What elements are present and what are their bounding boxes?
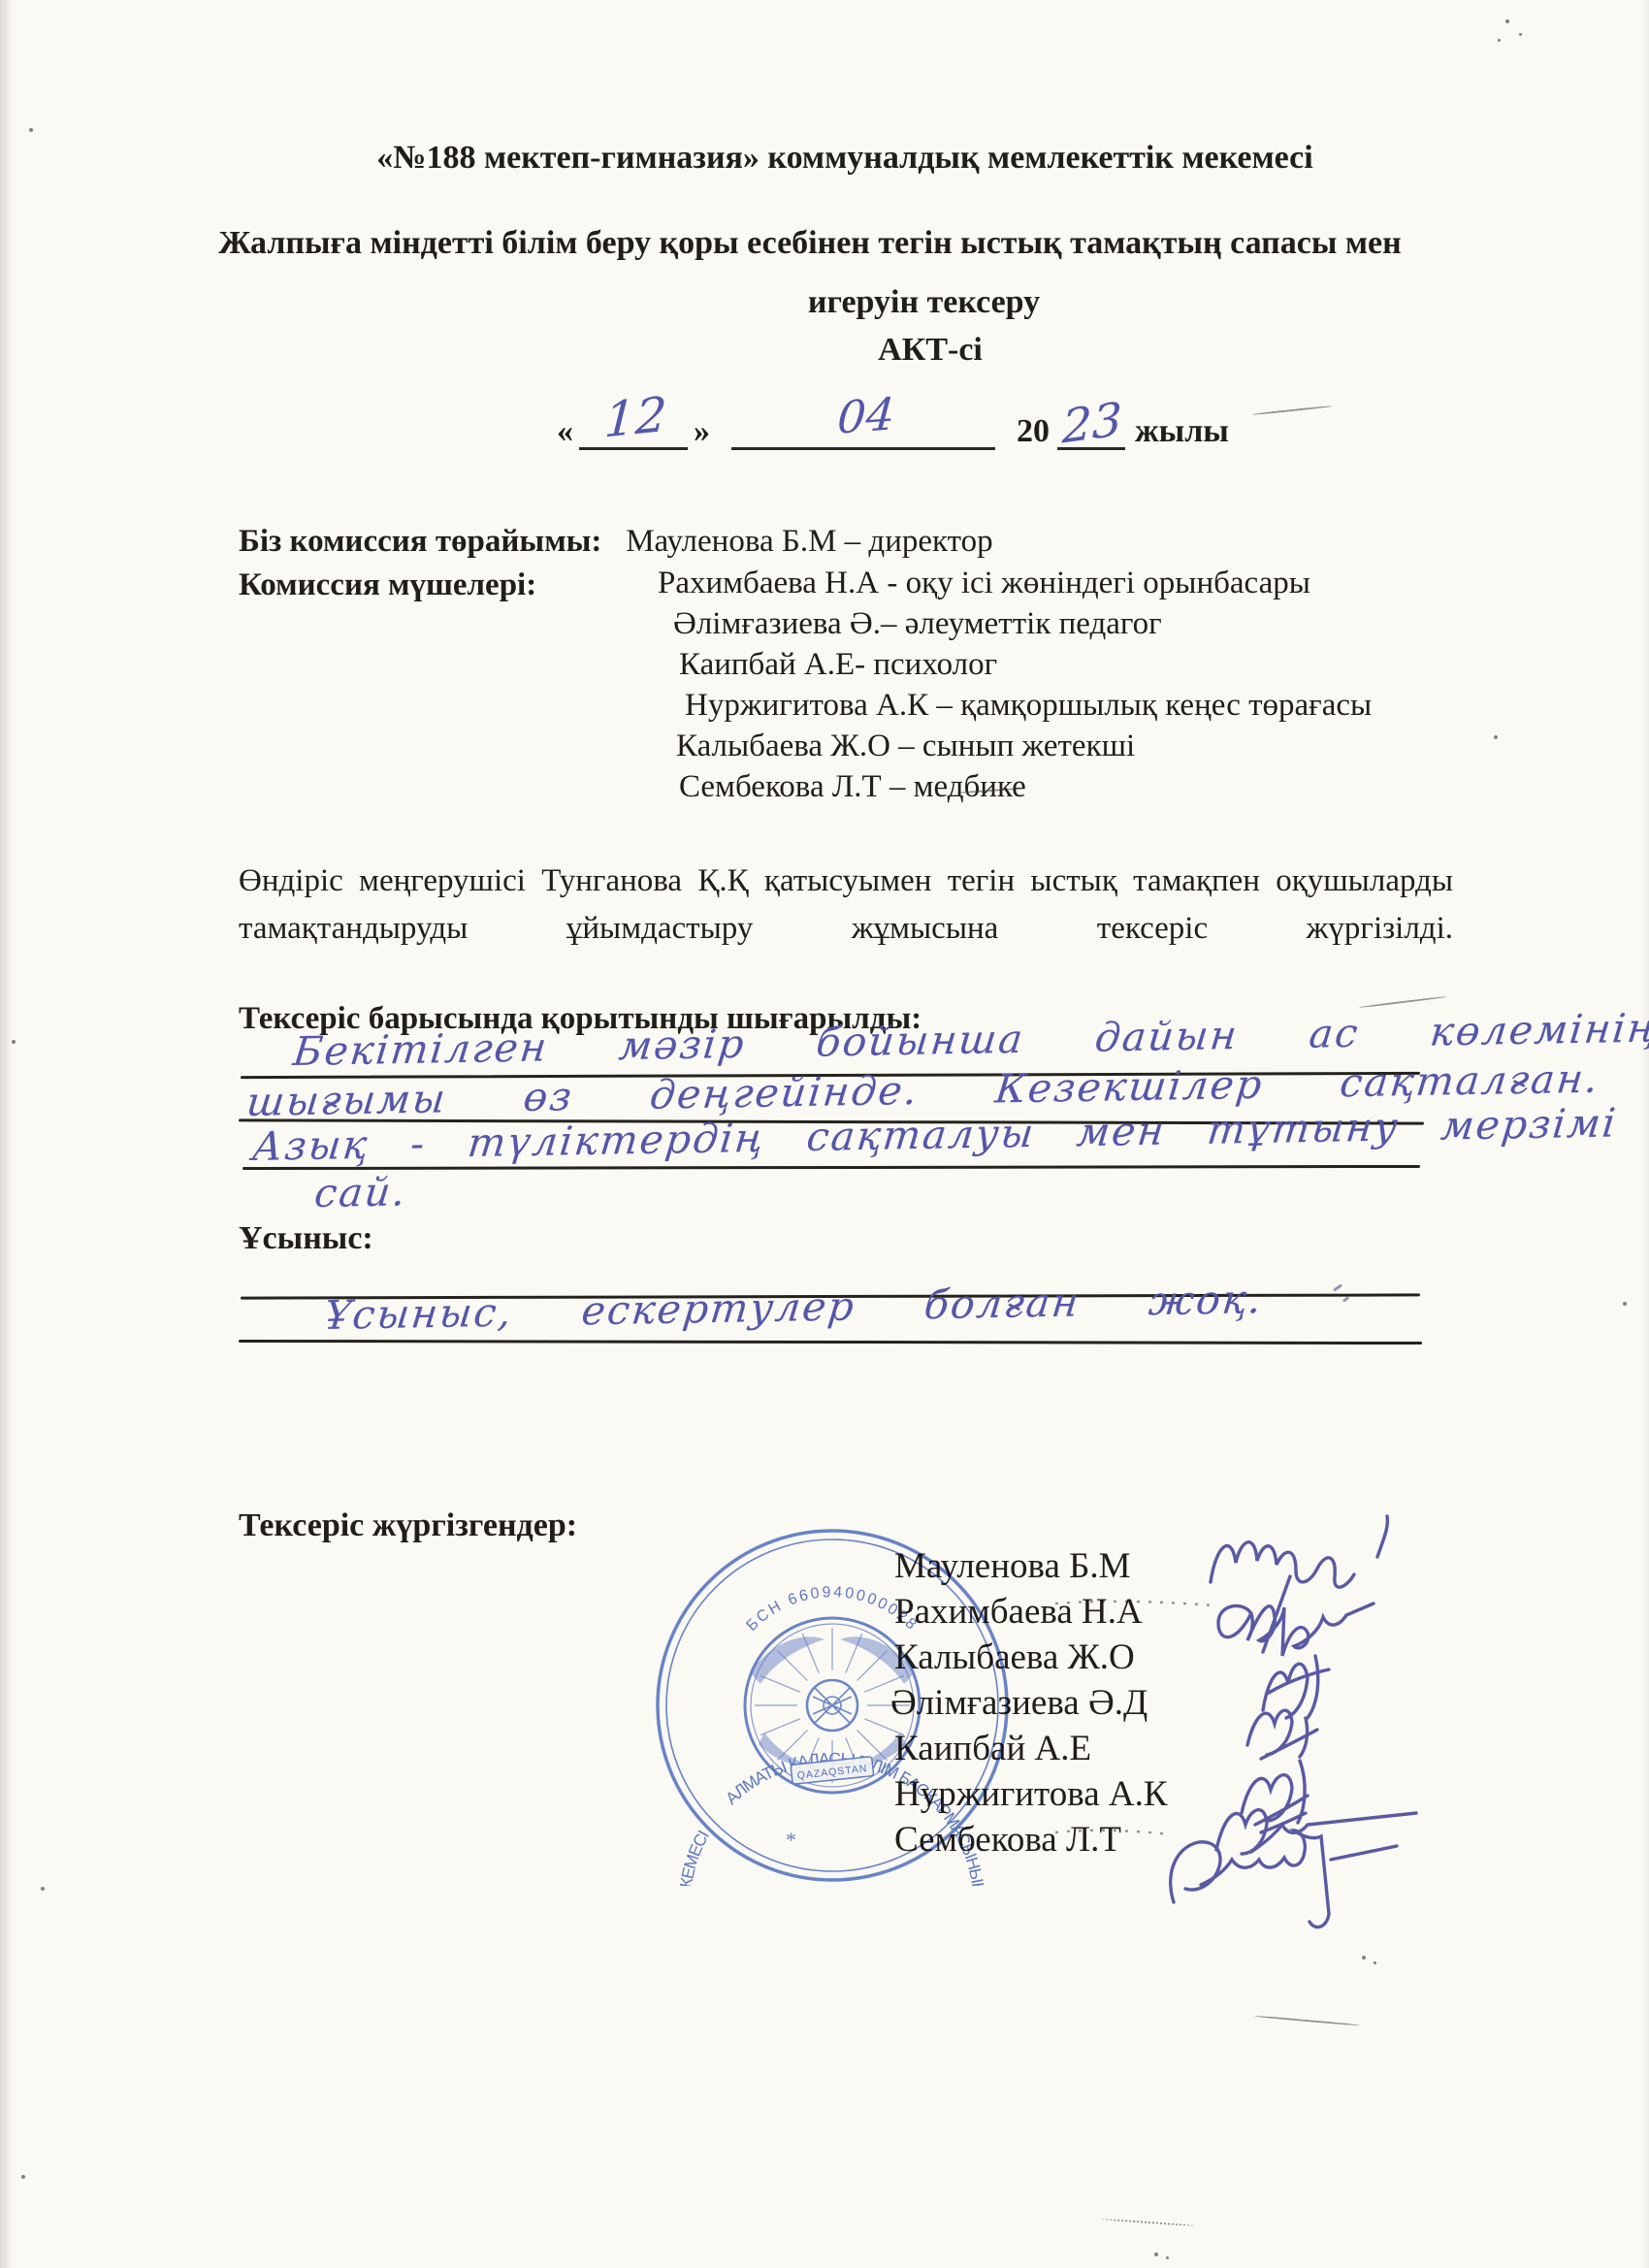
member-line: Калыбаева Ж.О – сынып жетекші [676, 729, 1135, 764]
seal-bin-text: БСН 660940000028 [744, 1584, 921, 1635]
member-line: Сембекова Л.Т – медбике [679, 769, 1026, 805]
scan-artifact [1374, 1961, 1376, 1964]
date-close-quote: » [694, 413, 710, 450]
scanned-act-document: «№188 мектеп-гимназия» коммуналдық мемле… [0, 0, 1649, 2268]
handwritten-year: 23 [1057, 392, 1127, 455]
signatures-svg [1009, 1499, 1465, 1945]
signature-maulenova [1211, 1516, 1387, 1587]
scan-artifact [1253, 2015, 1360, 2026]
scan-artifact [1362, 1956, 1366, 1960]
pen-dotted-trail [1055, 1831, 1170, 1834]
handwritten-month: 04 [731, 380, 1001, 451]
date-line: « 12 » 04 20 23 жылы [557, 396, 1229, 450]
date-century: 20 [1017, 413, 1050, 450]
signature-kaipbay [1242, 1761, 1308, 1832]
date-year-field: 23 [1057, 447, 1125, 450]
member-line: Әлімғазиева Ә.– әлеуметтік педагог [673, 606, 1162, 642]
seal-separator-star: * [786, 1828, 796, 1852]
date-day-field: 12 [579, 447, 688, 450]
suggestion-label: Ұсыныс: [239, 1218, 373, 1260]
scan-artifact [21, 2175, 25, 2179]
seal-svg: АЛМАТЫ ҚАЛАСЫ БІЛІМ БАСҚАРМАСЫНЫҢ «№188 … [652, 1525, 1013, 1886]
scan-artifact [1154, 2252, 1158, 2256]
date-month-field: 04 [731, 447, 995, 450]
date-open-quote: « [557, 413, 573, 450]
scan-artifact [1498, 39, 1501, 42]
chair-label: Біз комиссия төрайымы: [239, 524, 601, 559]
pen-dotted-trail [1055, 1602, 1214, 1605]
date-suffix: жылы [1135, 413, 1229, 450]
body-paragraph: Өндіріс меңгерушісі Тунганова Қ.Қ қатысу… [239, 858, 1453, 953]
signature-kalybaeva [1263, 1656, 1329, 1718]
scan-artifact [12, 1040, 16, 1044]
scan-artifact [41, 1887, 45, 1891]
scan-artifact [1494, 735, 1498, 739]
scan-artifact [29, 128, 33, 132]
scan-artifact [1166, 2256, 1169, 2259]
signature-sembekova [1171, 1831, 1397, 1928]
chair-line: Біз комиссия төрайымы: Мауленова Б.М – д… [239, 522, 993, 562]
shanyrak-icon [807, 1680, 857, 1731]
member-line: Каипбай А.Е- психолог [679, 647, 997, 683]
scan-artifact [1623, 1302, 1627, 1306]
scan-artifact [1333, 1283, 1342, 1291]
inspectors-label: Тексеріс жүргізгендер: [239, 1506, 577, 1547]
scan-artifact [1251, 405, 1333, 416]
org-title: «№188 мектеп-гимназия» коммуналдық мемле… [0, 138, 1649, 179]
subject-line-1: Жалпыға міндетті білім беру қоры есебіне… [0, 223, 1649, 265]
signature-alimgazieva [1247, 1710, 1317, 1759]
handwritten-conclusion-line: сай. [312, 1168, 409, 1216]
scan-artifact [1505, 19, 1509, 23]
subject-line-2: игеруін тексеру [0, 282, 1649, 324]
handwritten-suggestion: Ұсыныс, ескертулер болған жоқ. [322, 1276, 1265, 1339]
member-line: Нуржигитова А.К – қамқоршылық кеңес төра… [685, 688, 1372, 724]
members-label: Комиссия мүшелері: [239, 566, 536, 605]
signatures-block [1009, 1499, 1465, 1950]
signature-rakhimbaeva [1218, 1576, 1374, 1656]
scan-artifact [1519, 33, 1522, 36]
chair-value: Мауленова Б.М – директор [626, 524, 992, 559]
svg-text:БСН 660940000028: БСН 660940000028 [744, 1584, 921, 1635]
scan-artifact [1342, 1296, 1349, 1302]
ruled-line [239, 1340, 1422, 1345]
member-line: Рахимбаева Н.А - оқу ісі жөніндегі орынб… [658, 566, 1310, 601]
scan-artifact [1102, 2219, 1194, 2227]
handwritten-day: 12 [579, 384, 692, 451]
act-label: АКТ-сі [0, 330, 1649, 372]
official-seal-stamp: АЛМАТЫ ҚАЛАСЫ БІЛІМ БАСҚАРМАСЫНЫҢ «№188 … [652, 1525, 1013, 1891]
seal-registration-number: БСН 660940000028 [744, 1584, 921, 1635]
scan-artifact [1358, 995, 1447, 1008]
